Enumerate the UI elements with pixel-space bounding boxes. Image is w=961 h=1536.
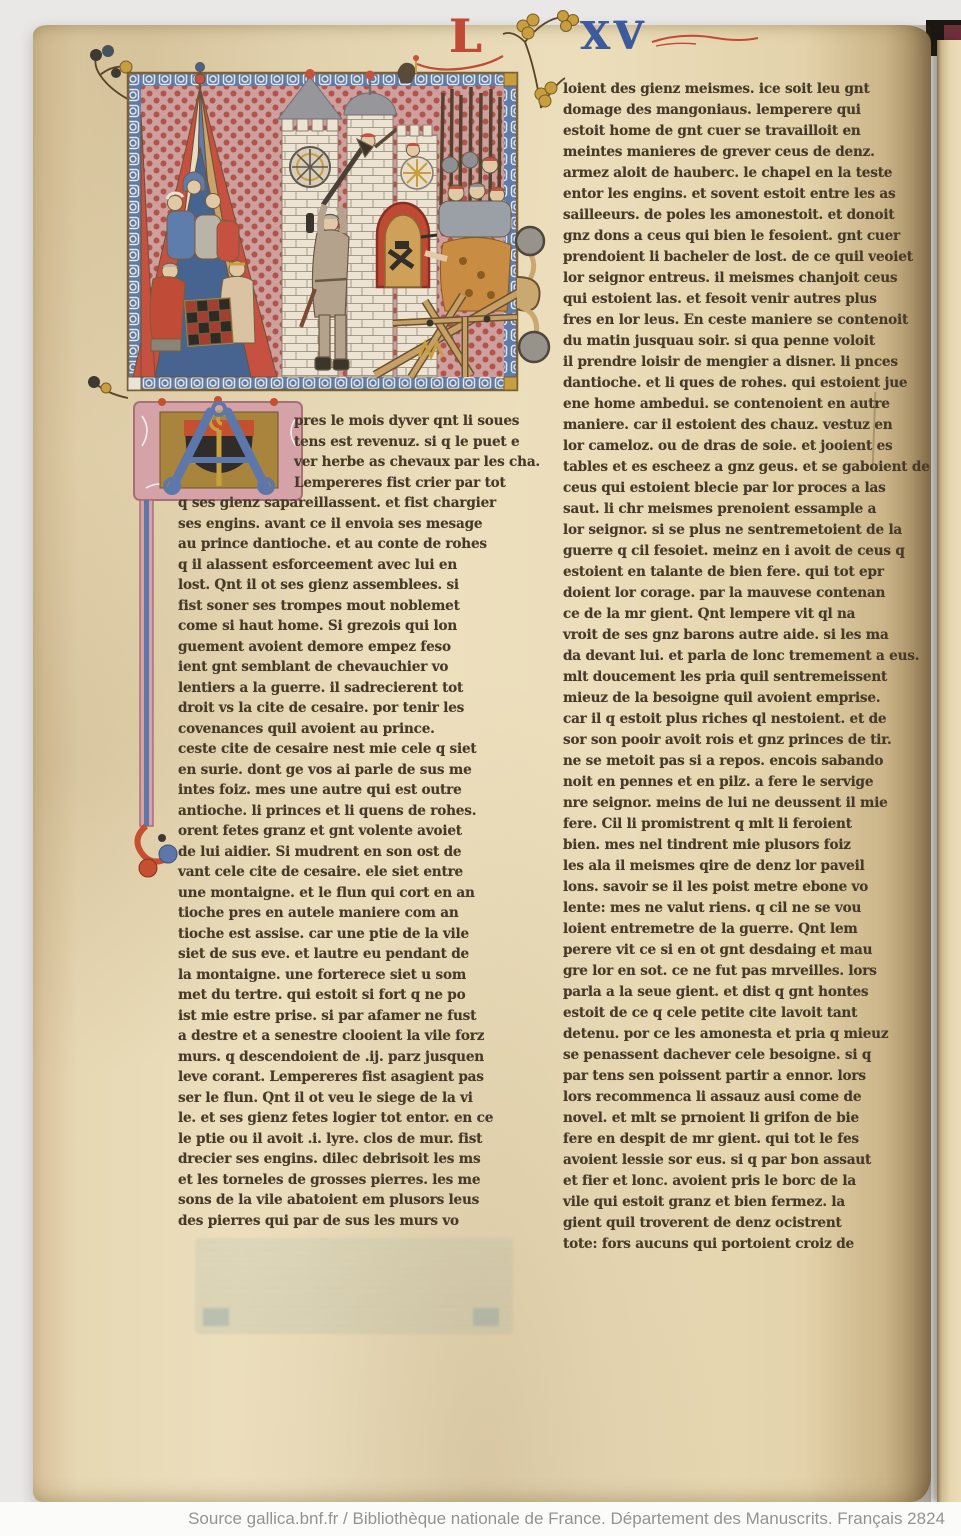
text-line: lors recommenca li assauz ausi come de — [563, 1087, 908, 1108]
text-column-right: loient des gienz meismes. ice soit leu g… — [563, 79, 908, 1255]
text-line: fist soner ses trompes mout noblemet — [178, 596, 530, 617]
text-line: q il alassent esforceement avec lui en — [178, 555, 530, 576]
text-line: tote: fors aucuns qui portoient croiz de — [563, 1234, 908, 1255]
text-line: noit en pennes et en pilz. a fere le ser… — [563, 772, 908, 793]
text-line: tables et es escheez a gnz geus. et se g… — [563, 457, 908, 478]
text-line: prendoient li bacheler de lost. de ce qu… — [563, 247, 908, 268]
text-line: sons de la vile abatoient em plusors leu… — [178, 1190, 530, 1211]
manuscript-photo: L XV — [0, 0, 961, 1536]
text-line: saut. li chr meismes prenoient essample … — [563, 499, 908, 520]
text-line: fres en lor leus. En ceste maniere se co… — [563, 310, 908, 331]
text-line: detenu. por ce les amonesta et pria q mi… — [563, 1024, 908, 1045]
text-line: maniere. car il estoient des chauz. vest… — [563, 415, 908, 436]
footer-source-text: Source gallica.bnf.fr / Bibliothèque nat… — [188, 1509, 945, 1529]
text-line: estoient en talante de bien fere. qui to… — [563, 562, 908, 583]
text-line: mlt doucement les pria quil sentremeisse… — [563, 667, 908, 688]
gallica-footer-bar: Source gallica.bnf.fr / Bibliothèque nat… — [0, 1502, 961, 1536]
text-line: au prince dantioche. et au conte de rohe… — [178, 534, 530, 555]
sling-and-stones — [516, 227, 549, 362]
text-line: ses engins. avant ce il envoia ses mesag… — [178, 514, 530, 535]
text-line: lost. Qnt il ot ses gienz assemblees. si — [178, 575, 530, 596]
text-line: sor son pooir avoit rois et gnz princes … — [563, 730, 908, 751]
next-folio-edge — [937, 40, 961, 1502]
miniature-siege-scene — [125, 55, 560, 397]
text-line: droit vs la cite de cesaire. por tenir l… — [178, 698, 530, 719]
text-line: met du tertre. qui estoit si fort q ne p… — [178, 985, 530, 1006]
text-column-left: pres le mois dyver qnt li souestens est … — [178, 411, 530, 1231]
text-line: tens est revenuz. si q le puet e — [294, 432, 530, 453]
text-line: ient gnt semblant de chevauchier vo — [178, 657, 530, 678]
text-line: gnz dons a ceus qui bien le fesoient. gn… — [563, 226, 908, 247]
text-line: vant cele cite de cesaire. ele siet entr… — [178, 862, 530, 883]
text-line: q ses gienz sapareillassent. et fist cha… — [178, 493, 530, 514]
text-line: se penassent dachever cele besoigne. si … — [563, 1045, 908, 1066]
text-line: loient des gienz meismes. ice soit leu g… — [563, 79, 908, 100]
text-line: lor seignor entreus. il meismes chanjoit… — [563, 268, 908, 289]
text-line: de lui aidier. Si mudrent en son ost de — [178, 842, 530, 863]
text-line: a destre et a senestre clooient la vile … — [178, 1026, 530, 1047]
text-line: il prendre loisir de mengier a disner. l… — [563, 352, 908, 373]
text-line: Lempereres fist crier par tot — [294, 473, 530, 494]
text-line: car il q estoit plus riches ql nestoient… — [563, 709, 908, 730]
text-line: en surie. dont ge vos ai parle de sus me — [178, 760, 530, 781]
text-line: guerre q cil fesoiet. meinz en i avoit d… — [563, 541, 908, 562]
text-line: doient lor corage. par la mauvese conten… — [563, 583, 908, 604]
text-line: ver herbe as chevaux par les cha. — [294, 452, 530, 473]
text-line: ser le flun. Qnt il ot veu le siege de l… — [178, 1088, 530, 1109]
text-line: ceste cite de cesaire nest mie cele q si… — [178, 739, 530, 760]
text-line: antioche. li princes et li quens de rohe… — [178, 801, 530, 822]
text-line: pres le mois dyver qnt li soues — [294, 411, 530, 432]
text-line: ist mie estre prise. si par afamer ne fu… — [178, 1006, 530, 1027]
text-line: vroit de ses gnz barons autre aide. si l… — [563, 625, 908, 646]
text-line: ene home ambedui. se contenoient en autr… — [563, 394, 908, 415]
text-line: gre lor en sot. ce ne fut pas mrveilles.… — [563, 961, 908, 982]
text-line: par tens sen poissent partir a ennor. lo… — [563, 1066, 908, 1087]
text-line: sailleeurs. de poles les amonestoit. et … — [563, 205, 908, 226]
text-line: lentiers a la guerre. il sadrecierent to… — [178, 678, 530, 699]
text-line: intes foiz. mes une autre qui est outre — [178, 780, 530, 801]
text-line: novel. et mlt se prnoient li grifon de b… — [563, 1108, 908, 1129]
text-line: siet de sus eve. et lautre eu pendant de — [178, 944, 530, 965]
text-line: du matin jusquau soir. si qua penne volo… — [563, 331, 908, 352]
text-line: meintes manieres de grever ceus de denz. — [563, 142, 908, 163]
text-line: mieuz de la besoigne quil avoient empris… — [563, 688, 908, 709]
text-line: ne se metoit pas si a repos. encois saba… — [563, 751, 908, 772]
text-line: guement avoient demore empez feso — [178, 637, 530, 658]
text-line: qui estoient las. et fesoit venir autres… — [563, 289, 908, 310]
text-line: bien. mes nel tindrent mie plusors foiz — [563, 835, 908, 856]
text-line: fere. Cil li promistrent q mlt li feroie… — [563, 814, 908, 835]
text-line: estoit home de gnt cuer se travailloit e… — [563, 121, 908, 142]
text-line: le ptie ou il avoit .i. lyre. clos de mu… — [178, 1129, 530, 1150]
text-line: et fier et lonc. avoient pris le borc de… — [563, 1171, 908, 1192]
text-line: la montaigne. une forterece siet u som — [178, 965, 530, 986]
text-line: ceus qui estoient blecie par lor proces … — [563, 478, 908, 499]
text-line: ce de la mr gient. Qnt lempere vit ql na — [563, 604, 908, 625]
text-line: et les torneles de grosses pierres. les … — [178, 1170, 530, 1191]
text-line: gient quil troverent de denz ocistrent — [563, 1213, 908, 1234]
chapter-numeral: XV — [580, 14, 647, 58]
text-line: lor seignor. si se plus ne sentremetoien… — [563, 520, 908, 541]
text-line: une montaigne. et le flun qui cort en an — [178, 883, 530, 904]
text-line: perere vit ce si en ot gnt desdaing et m… — [563, 940, 908, 961]
text-line: fere en despit de mr gient. qui tot le f… — [563, 1129, 908, 1150]
text-line: vile qui estoit granz et bien fermez. la — [563, 1192, 908, 1213]
text-line: lente: mes ne valut riens. q cil ne se v… — [563, 898, 908, 919]
text-line: le. et ses gienz fetes logier tot entor.… — [178, 1108, 530, 1129]
text-line: da devant lui. et parla de lonc trememen… — [563, 646, 908, 667]
text-line: des pierres qui par de sus les murs vo — [178, 1211, 530, 1232]
text-line: lons. savoir se il les poist metre ebone… — [563, 877, 908, 898]
text-line: les ala il meismes qire de denz lor pave… — [563, 856, 908, 877]
text-line: parla a la seue gient. et dist q gnt hon… — [563, 982, 908, 1003]
binding-edge — [944, 25, 961, 40]
text-line: murs. q descendoient de .ij. parz jusque… — [178, 1047, 530, 1068]
text-line: tioche est assise. car une ptie de la vi… — [178, 924, 530, 945]
text-line: entor les engins. et sovent estoit entre… — [563, 184, 908, 205]
text-line: armez aloit de hauberc. le chapel en la … — [563, 163, 908, 184]
text-line: nre seignor. meins de lui ne deussent il… — [563, 793, 908, 814]
text-line: estoit de ce q cele petite cite lavoit t… — [563, 1003, 908, 1024]
text-line: come si haut home. Si grezois qui lon — [178, 616, 530, 637]
text-line: orent fetes granz et gnt volente avoiet — [178, 821, 530, 842]
text-line: avoient lessie sor eus. si q par bon ass… — [563, 1150, 908, 1171]
text-line: drecier ses engins. dilec debrisoit les … — [178, 1149, 530, 1170]
text-line: covenances quil avoient au prince. — [178, 719, 530, 740]
text-line: leve corant. Lempereres fist asagient pa… — [178, 1067, 530, 1088]
text-line: domage des mangoniaus. lemperere qui — [563, 100, 908, 121]
text-line: loient entremetre de la guerre. Qnt lem — [563, 919, 908, 940]
text-line: dantioche. et li ques de rohes. qui esto… — [563, 373, 908, 394]
verso-showthrough-stain — [195, 1238, 513, 1334]
text-line: lor cameloz. ou de dras de soie. et jooi… — [563, 436, 908, 457]
text-line: tioche pres en autele maniere com an — [178, 903, 530, 924]
